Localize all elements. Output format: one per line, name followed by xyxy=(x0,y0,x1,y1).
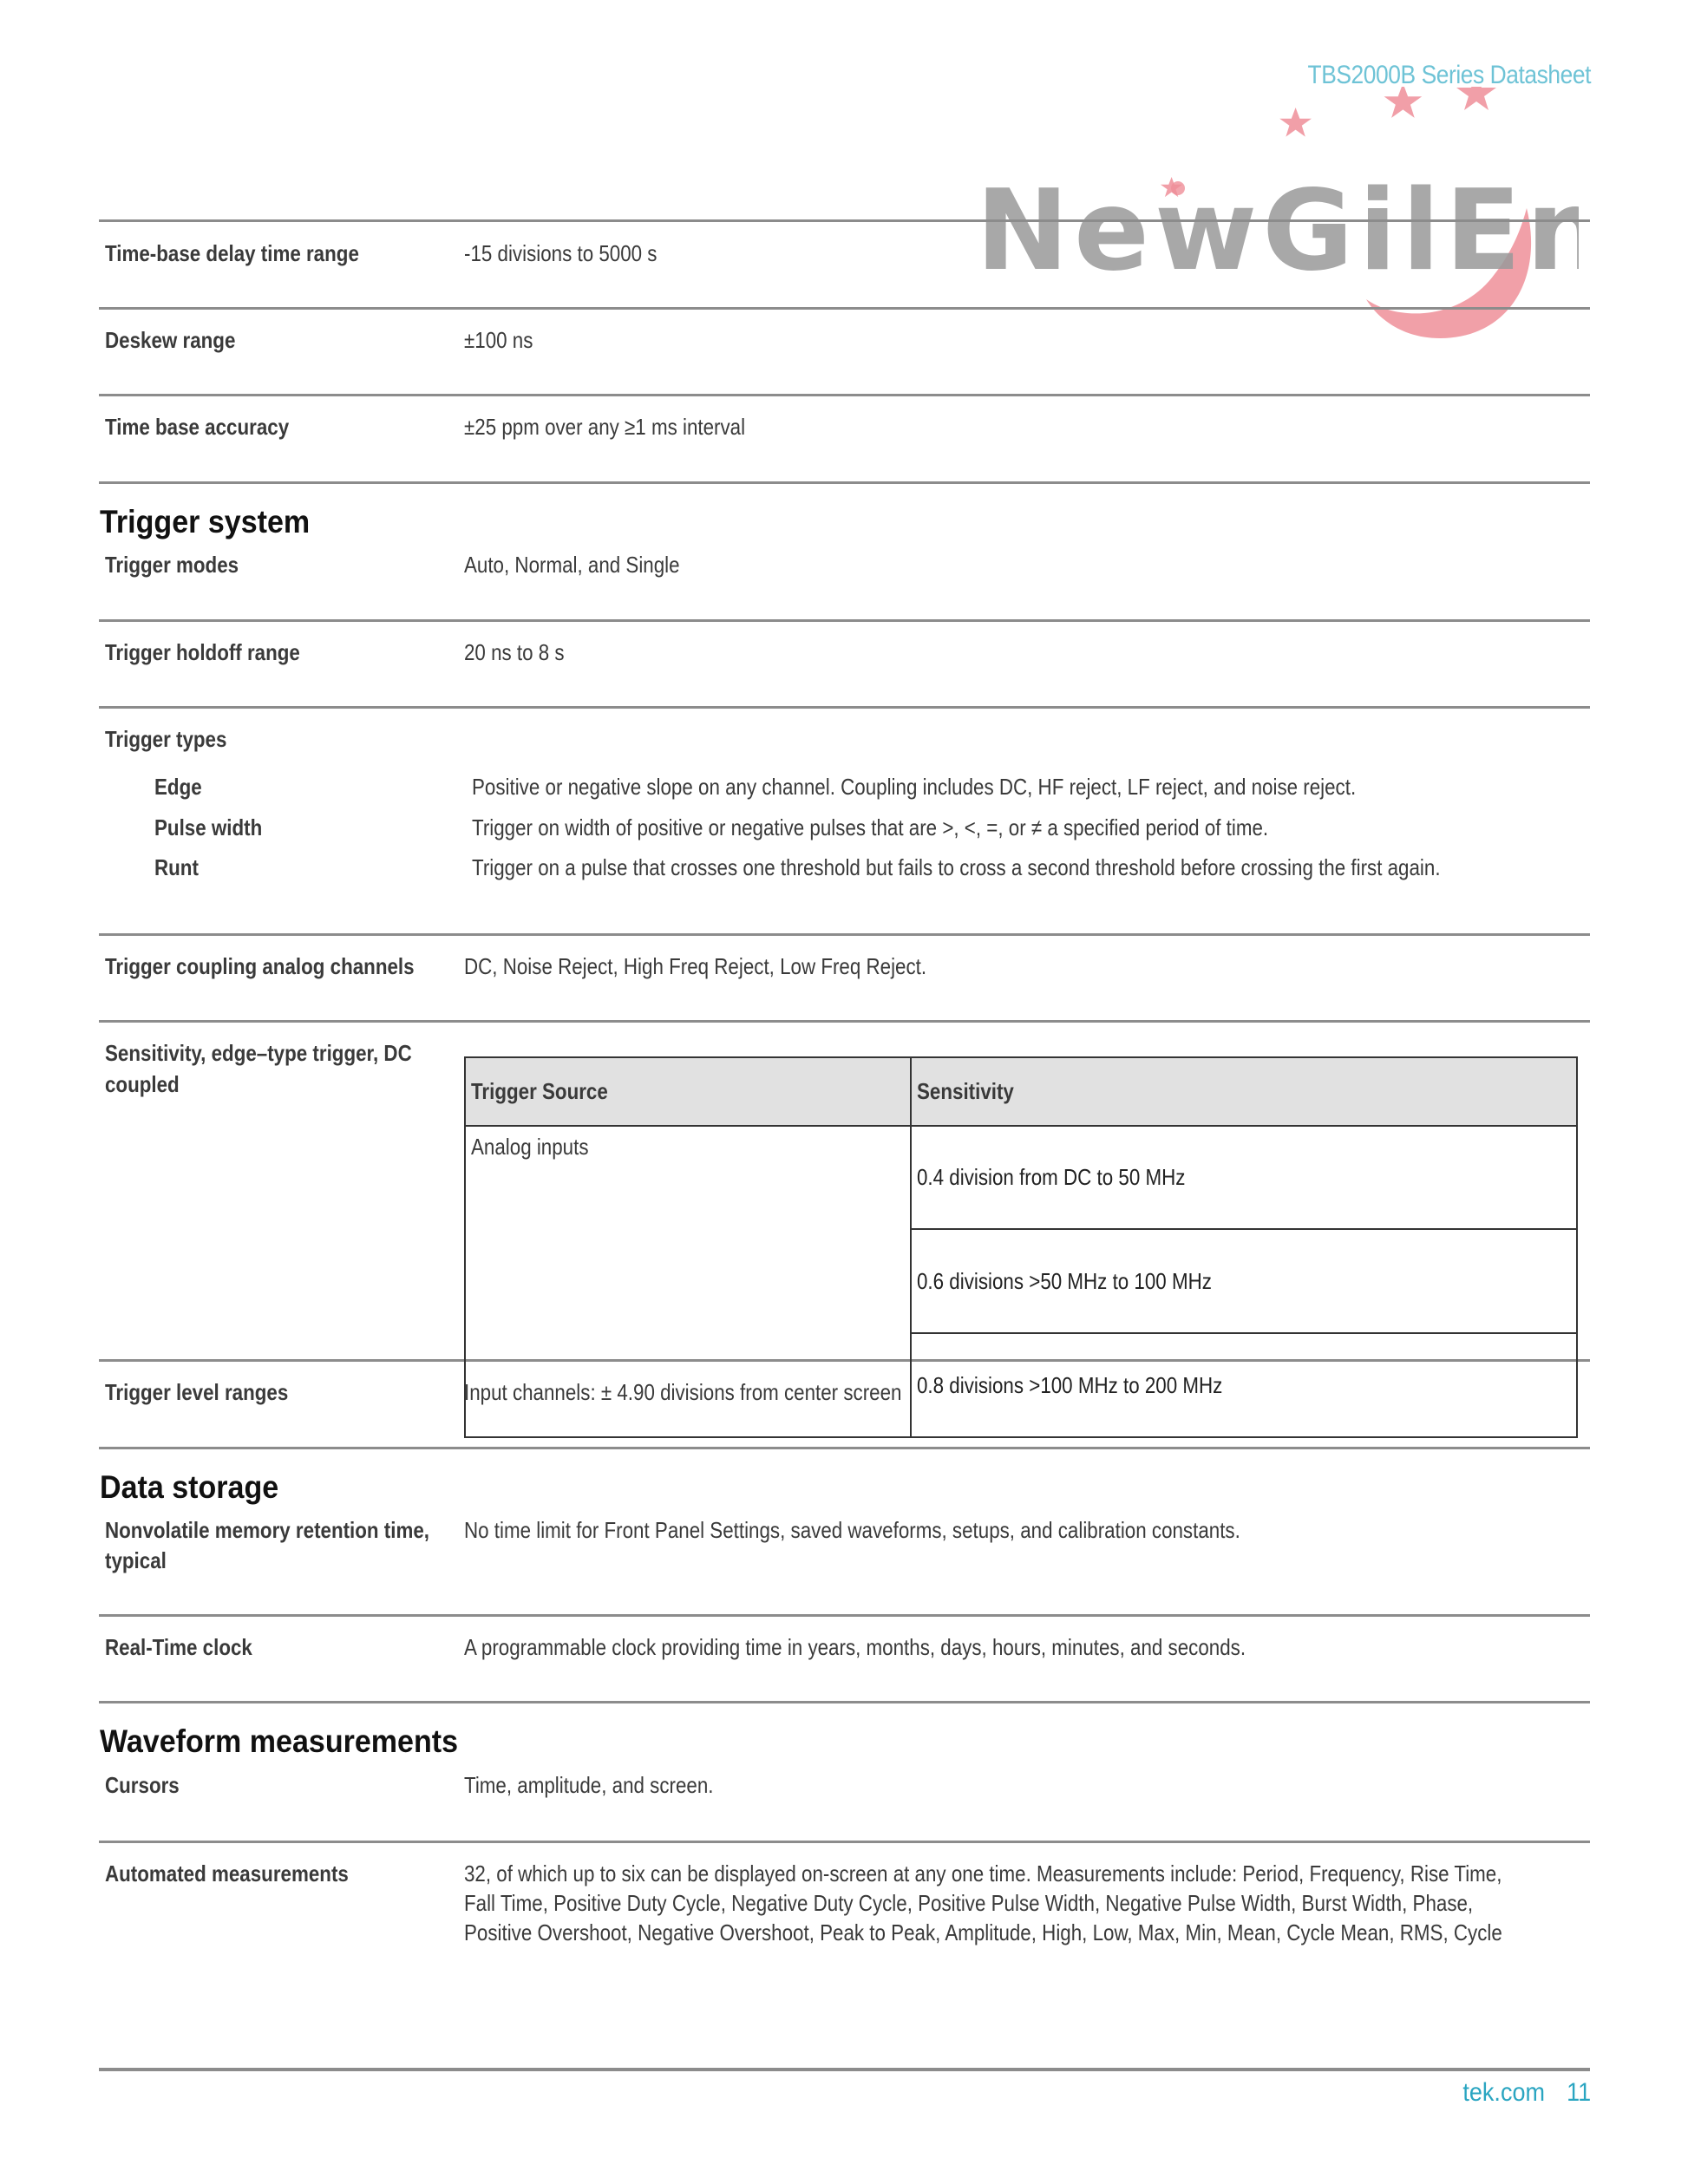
spec-label: Sensitivity, edge–type trigger, DC xyxy=(105,1037,412,1069)
divider xyxy=(99,481,1590,484)
spec-value: Time, amplitude, and screen. xyxy=(464,1769,714,1801)
spec-label: Trigger modes xyxy=(105,549,239,580)
spec-value: Input channels: ± 4.90 divisions from ce… xyxy=(464,1376,901,1408)
divider xyxy=(99,1447,1590,1449)
spec-value: 32, of which up to six can be displayed … xyxy=(464,1858,1502,1889)
spec-label: Time base accuracy xyxy=(105,411,289,442)
spec-label: Trigger level ranges xyxy=(105,1376,288,1408)
spec-label: Cursors xyxy=(105,1769,180,1801)
column-header: Trigger Source xyxy=(465,1057,911,1126)
trigger-type-desc: Trigger on width of positive or negative… xyxy=(472,812,1268,843)
spec-label: Automated measurements xyxy=(105,1858,349,1889)
divider xyxy=(99,706,1590,709)
spec-label: Time-base delay time range xyxy=(105,238,359,269)
document-title: TBS2000B Series Datasheet xyxy=(1307,61,1591,90)
spec-value: No time limit for Front Panel Settings, … xyxy=(464,1514,1240,1546)
table-header-row: Trigger Source Sensitivity xyxy=(465,1057,1577,1126)
spec-value: ±25 ppm over any ≥1 ms interval xyxy=(464,411,745,442)
star-icon xyxy=(1161,87,1579,197)
footer: tek.com11 xyxy=(1462,2078,1591,2108)
spec-value: A programmable clock providing time in y… xyxy=(464,1631,1246,1663)
column-header: Sensitivity xyxy=(911,1057,1577,1126)
spec-label: typical xyxy=(105,1545,167,1576)
spec-label: Trigger types xyxy=(105,723,226,755)
divider xyxy=(99,1701,1590,1703)
spec-label: Deskew range xyxy=(105,324,235,356)
spec-value: Auto, Normal, and Single xyxy=(464,549,680,580)
table-cell-sensitivity: 0.8 divisions >100 MHz to 200 MHz xyxy=(911,1333,1577,1437)
svg-text:NewGilEn: NewGilEn xyxy=(976,167,1579,296)
spec-label: Nonvolatile memory retention time, xyxy=(105,1514,429,1546)
spec-value: ±100 ns xyxy=(464,324,533,356)
table-cell-sensitivity: 0.4 division from DC to 50 MHz xyxy=(911,1126,1577,1230)
trigger-type-desc: Positive or negative slope on any channe… xyxy=(472,771,1356,802)
divider xyxy=(99,1614,1590,1617)
section-heading-data-storage: Data storage xyxy=(100,1468,278,1507)
trigger-type-name: Pulse width xyxy=(154,812,262,843)
section-heading-waveform-measurements: Waveform measurements xyxy=(100,1723,458,1761)
divider xyxy=(99,1841,1590,1843)
moon-icon xyxy=(1366,208,1531,338)
divider xyxy=(99,1020,1590,1023)
divider xyxy=(99,619,1590,622)
spec-value: Positive Overshoot, Negative Overshoot, … xyxy=(464,1917,1502,1948)
table-row: Analog inputs 0.4 division from DC to 50… xyxy=(465,1126,1577,1230)
divider xyxy=(99,394,1590,396)
page-number: 11 xyxy=(1567,2078,1591,2108)
spec-value: DC, Noise Reject, High Freq Reject, Low … xyxy=(464,951,926,982)
trigger-type-desc: Trigger on a pulse that crosses one thre… xyxy=(472,852,1441,883)
footer-site-link[interactable]: tek.com xyxy=(1462,2078,1545,2108)
footer-divider xyxy=(99,2068,1590,2071)
spec-value: -15 divisions to 5000 s xyxy=(464,238,657,269)
spec-value: Fall Time, Positive Duty Cycle, Negative… xyxy=(464,1887,1473,1919)
trigger-type-name: Runt xyxy=(154,852,199,883)
spec-label: Trigger coupling analog channels xyxy=(105,951,415,982)
divider xyxy=(99,219,1590,222)
spec-label: Real-Time clock xyxy=(105,1631,252,1663)
spec-label: Trigger holdoff range xyxy=(105,637,300,668)
spec-value: 20 ns to 8 s xyxy=(464,637,565,668)
divider xyxy=(99,307,1590,310)
divider xyxy=(99,933,1590,936)
trigger-type-name: Edge xyxy=(154,771,202,802)
table-cell-sensitivity: 0.6 divisions >50 MHz to 100 MHz xyxy=(911,1229,1577,1333)
spec-label: coupled xyxy=(105,1069,180,1100)
section-heading-trigger-system: Trigger system xyxy=(100,503,310,541)
